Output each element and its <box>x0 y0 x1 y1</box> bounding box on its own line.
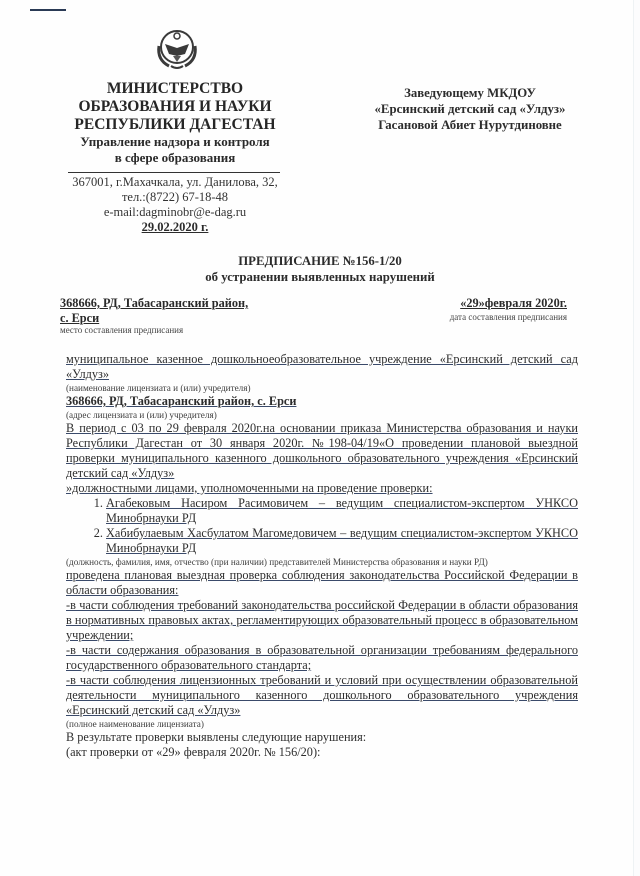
scan-mark <box>30 9 66 11</box>
ministry-name-line: МИНИСТЕРСТВО <box>60 80 290 98</box>
licensee-address: 368666, РД, Табасаранский район, с. Ерси <box>66 394 578 409</box>
ministry-contacts: 367001, г.Махачкала, ул. Данилова, 32, т… <box>60 175 290 235</box>
document-page: МИНИСТЕРСТВО ОБРАЗОВАНИЯ И НАУКИ РЕСПУБЛ… <box>0 0 640 876</box>
place-caption: место составления предписания <box>60 325 183 335</box>
letter-date: 29.02.2020 г. <box>60 220 290 235</box>
result-line: В результате проверки выявлены следующие… <box>66 730 578 745</box>
department-line: Управление надзора и контроля <box>60 134 290 150</box>
issue-date-block: «29»февраля 2020г. дата составления пред… <box>450 296 567 323</box>
ministry-name-line: ОБРАЗОВАНИЯ И НАУКИ <box>60 98 290 116</box>
document-body: муниципальное казенное дошкольноеобразов… <box>66 352 578 760</box>
order-subtitle: об устранении выявленных нарушений <box>0 269 640 285</box>
place-of-issue: 368666, РД, Табасаранский район, с. Ерси <box>60 296 248 326</box>
ministry-address: 367001, г.Махачкала, ул. Данилова, 32, <box>60 175 290 190</box>
inspection-basis: В период с 03 по 29 февраля 2020г.на осн… <box>66 421 578 481</box>
addressee-line: «Ерсинский детский сад «Улдуз» <box>355 101 585 117</box>
licensee-caption: (наименование лицензиата и (или) учредит… <box>66 382 578 394</box>
address-caption: (адрес лицензиата и (или) учредителя) <box>66 409 578 421</box>
place-line: с. Ерси <box>60 311 248 326</box>
officials-list: Агабековым Насиром Расимовичем – ведущим… <box>66 496 578 556</box>
officials-intro: »должностными лицами, уполномоченными на… <box>66 481 578 496</box>
order-number-title: ПРЕДПИСАНИЕ №156-1/20 <box>0 253 640 269</box>
issue-date: «29»февраля 2020г. <box>450 296 567 311</box>
coat-of-arms-dagestan-icon <box>151 26 203 72</box>
ministry-header: МИНИСТЕРСТВО ОБРАЗОВАНИЯ И НАУКИ РЕСПУБЛ… <box>60 80 290 166</box>
scan-edge <box>633 0 640 876</box>
addressee-line: Гасановой Абиет Нурутдиновне <box>355 117 585 133</box>
act-reference: (акт проверки от «29» февраля 2020г. № 1… <box>66 745 578 760</box>
official-item: Хабибулаевым Хасбулатом Магомедовичем – … <box>106 526 578 556</box>
header-divider <box>68 172 280 173</box>
ministry-name-line: РЕСПУБЛИКИ ДАГЕСТАН <box>60 116 290 134</box>
official-item: Агабековым Насиром Расимовичем – ведущим… <box>106 496 578 526</box>
ministry-phone: тел.:(8722) 67-18-48 <box>60 190 290 205</box>
department-line: в сфере образования <box>60 150 290 166</box>
inspection-item: -в части содержания образования в образо… <box>66 643 578 673</box>
addressee-block: Заведующему МКДОУ «Ерсинский детский сад… <box>355 85 585 133</box>
officials-caption: (должность, фамилия, имя, отчество (при … <box>66 556 578 568</box>
addressee-line: Заведующему МКДОУ <box>355 85 585 101</box>
place-line: 368666, РД, Табасаранский район, <box>60 296 248 311</box>
licensee-name: муниципальное казенное дошкольноеобразов… <box>66 352 578 382</box>
full-name-caption: (полное наименование лицензиата) <box>66 718 578 730</box>
issue-date-caption: дата составления предписания <box>450 312 567 323</box>
inspection-intro: проведена плановая выездная проверка соб… <box>66 568 578 598</box>
ministry-email: e-mail:dagminobr@e-dag.ru <box>60 205 290 220</box>
inspection-item: -в части соблюдения лицензионных требова… <box>66 673 578 718</box>
document-title: ПРЕДПИСАНИЕ №156-1/20 об устранении выяв… <box>0 253 640 285</box>
inspection-item: -в части соблюдения требований законодат… <box>66 598 578 643</box>
